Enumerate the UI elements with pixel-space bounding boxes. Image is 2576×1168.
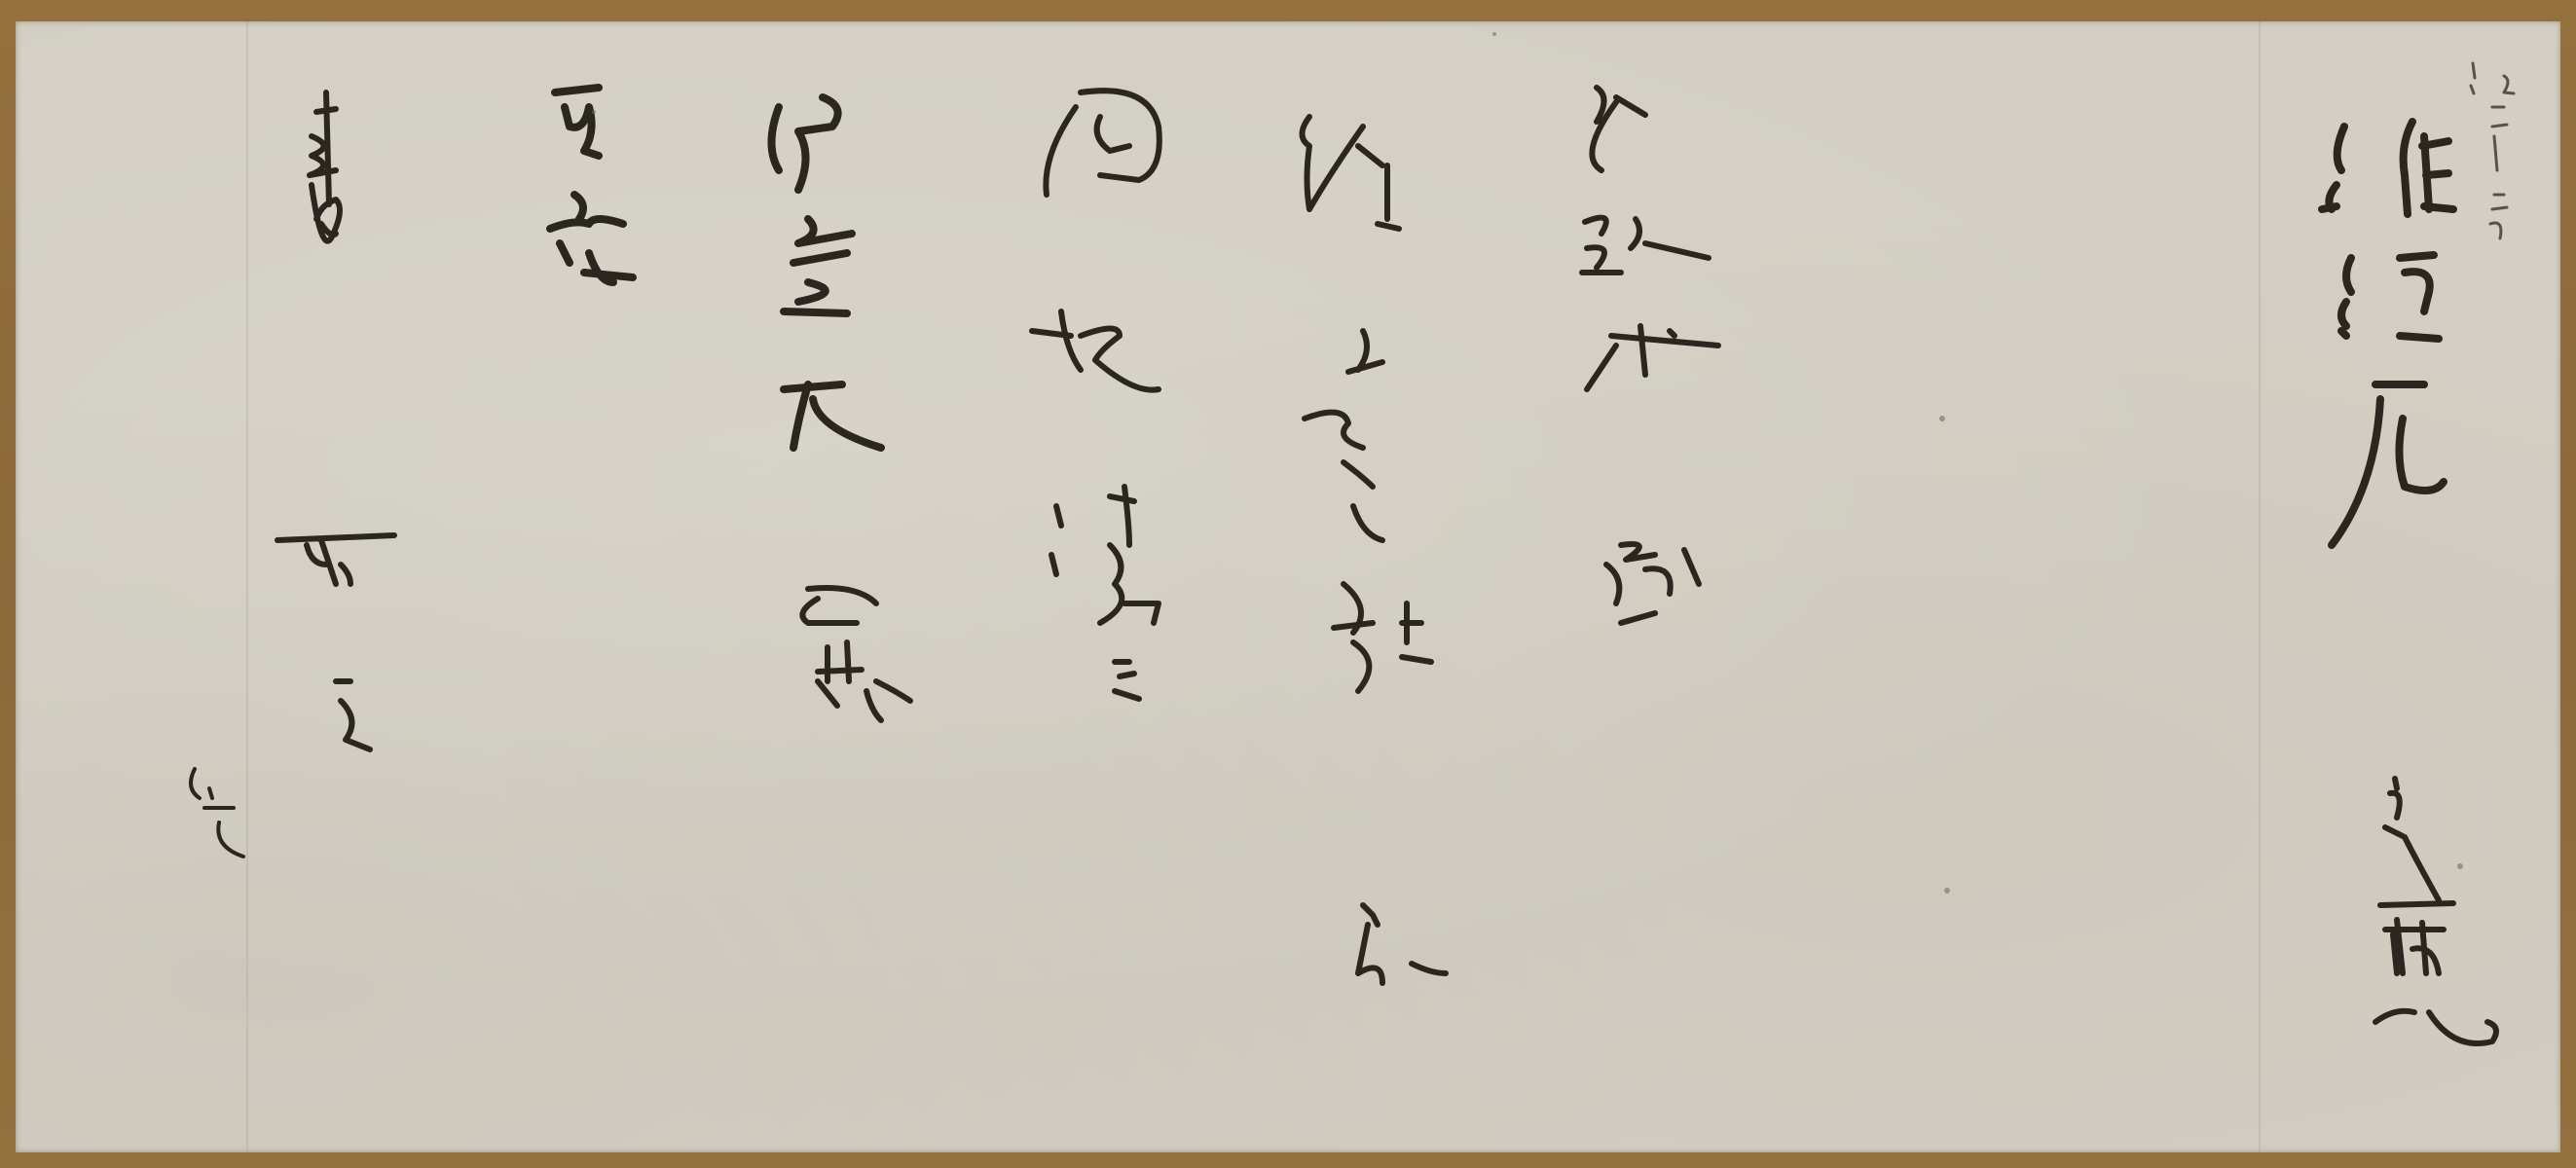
title-furigana-marks [2471,63,2514,238]
calligraphy-ink [0,0,2576,1168]
column-2-glyphs [1303,117,1447,983]
title-glyph-1 [2322,122,2453,214]
seal-marks [191,769,243,857]
paper-specks [592,32,2463,894]
title-glyph-2 [2341,255,2439,339]
column-6-glyphs [277,92,394,749]
column-1-glyphs [1582,88,1718,623]
column-5-glyphs [550,88,633,282]
signature-glyphs [2375,779,2496,1043]
column-3-glyphs [1032,91,1159,699]
column-4-glyphs-lower [802,588,910,720]
column-4-glyphs [772,97,882,448]
title-glyph-3 [2332,384,2444,545]
